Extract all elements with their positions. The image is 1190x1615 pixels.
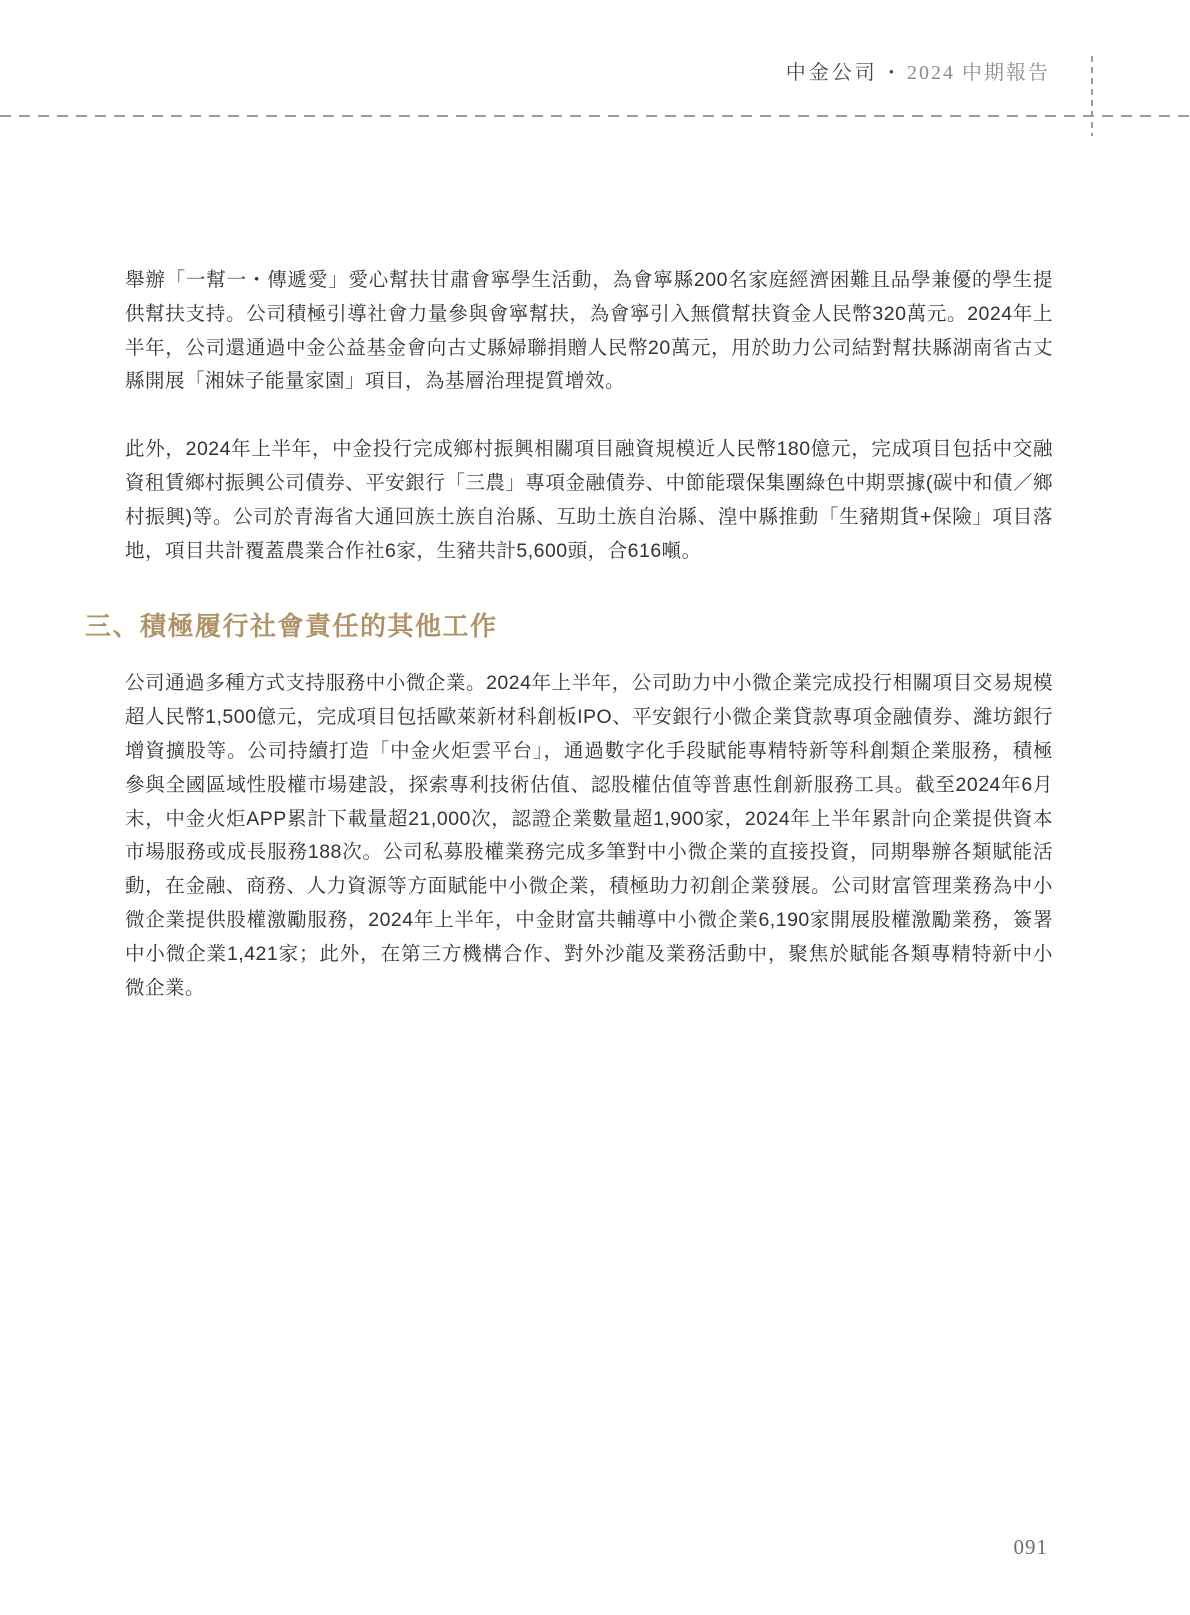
paragraph-sme-support: 公司通過多種方式支持服務中小微企業。2024年上半年，公司助力中小微企業完成投行… bbox=[125, 667, 1053, 1005]
header-company-name: 中金公司 bbox=[786, 62, 878, 84]
paragraph-huining-charity: 舉辦「一幫一・傳遞愛」愛心幫扶甘肅會寧學生活動，為會寧縣200名家庭經濟困難且品… bbox=[125, 264, 1053, 399]
document-body: 舉辦「一幫一・傳遞愛」愛心幫扶甘肅會寧學生活動，為會寧縣200名家庭經濟困難且品… bbox=[125, 264, 1053, 1039]
report-page: 中金公司 • 2024 中期報告 舉辦「一幫一・傳遞愛」愛心幫扶甘肅會寧學生活動… bbox=[0, 0, 1190, 1615]
vertical-dashed-divider bbox=[1091, 56, 1093, 136]
header-bullet-icon: • bbox=[889, 65, 894, 81]
section-heading-social-responsibility: 三、積極履行社會責任的其他工作 bbox=[85, 610, 1053, 642]
horizontal-dashed-divider bbox=[0, 115, 1190, 117]
paragraph-rural-revitalization: 此外，2024年上半年，中金投行完成鄉村振興相關項目融資規模近人民幣180億元，… bbox=[125, 433, 1053, 568]
header-report-title: 2024 中期報告 bbox=[907, 62, 1050, 84]
page-header: 中金公司 • 2024 中期報告 bbox=[786, 60, 1050, 86]
page-number: 091 bbox=[1014, 1535, 1049, 1560]
